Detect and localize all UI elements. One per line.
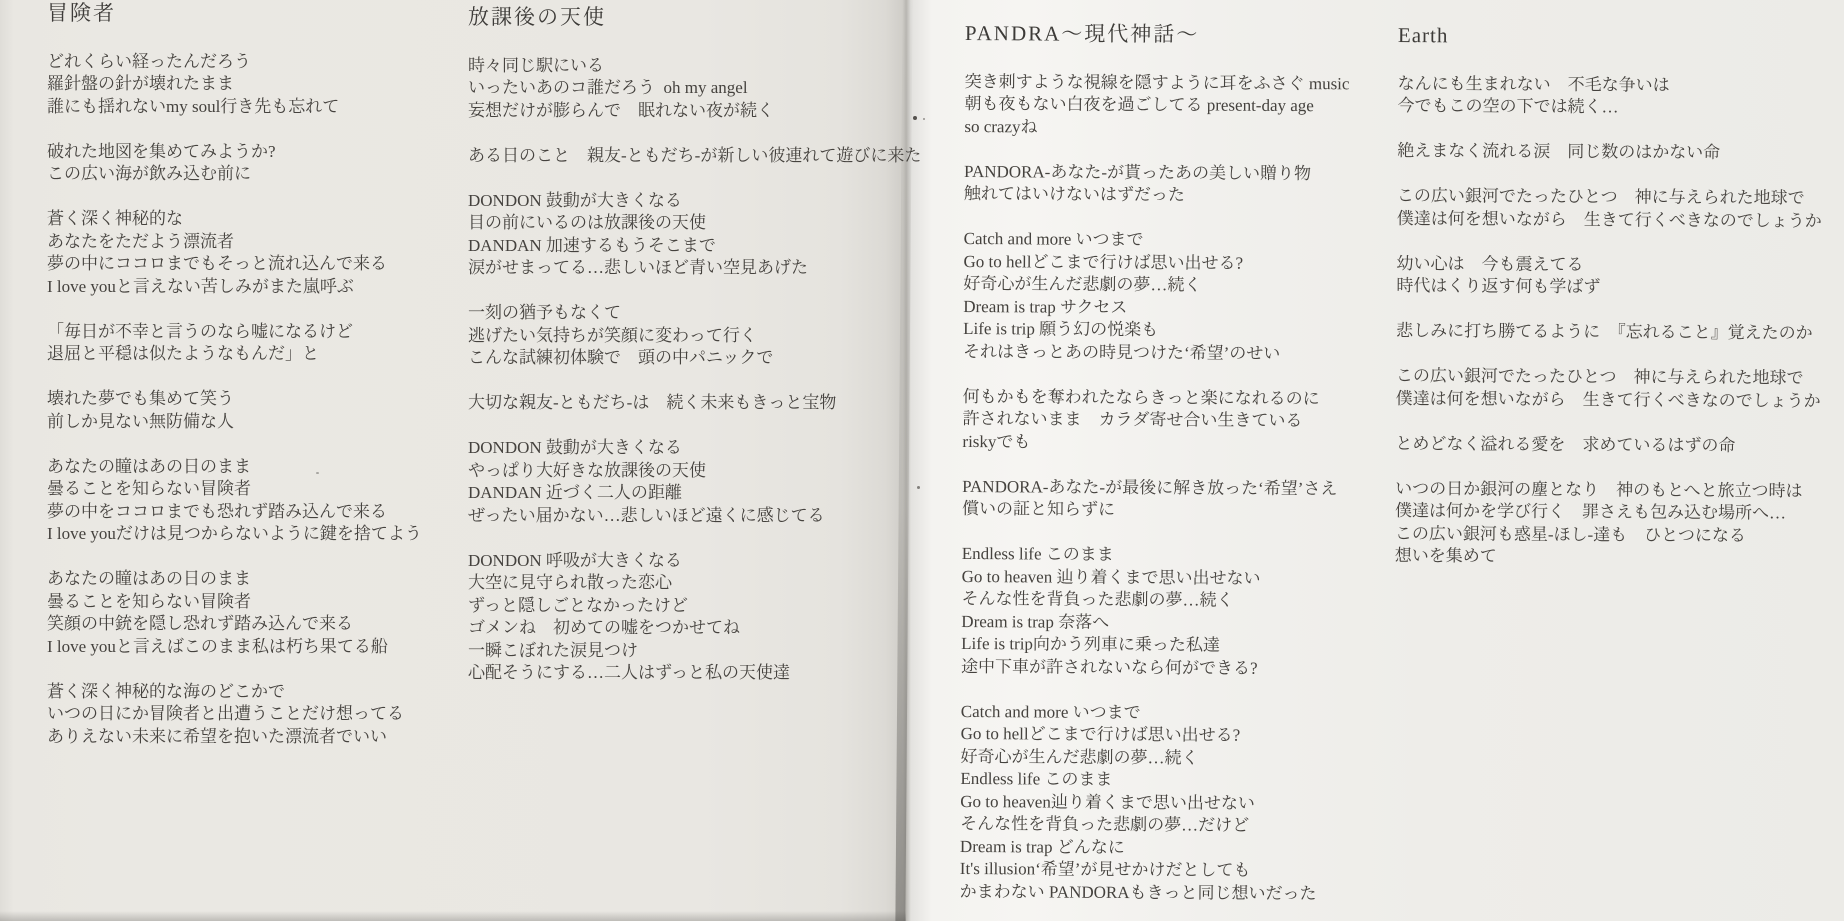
lyric-line: 許されないまま カラダ寄せ合い生きている — [963, 408, 1348, 433]
lyric-line: この広い銀河でたったひとつ 神に与えられた地球で — [1397, 185, 1822, 210]
lyric-line: 心配そうにする…二人はずっと私の天使達 — [468, 662, 921, 685]
lyric-line: ありえない未来に希望を抱いた漂流者でいい — [47, 726, 422, 749]
lyric-line: 一瞬こぼれた涙見つけ — [468, 640, 921, 663]
stanza: Endless life このままGo to heaven 辿り着くまで思い出せ… — [961, 543, 1347, 680]
lyric-line: 好奇心が生んだ悲劇の夢…続く — [960, 745, 1345, 770]
song-title: PANDRA～現代神話～ — [965, 22, 1350, 47]
song-column-pandra: PANDRA～現代神話～突き刺すような視線を隠すように耳をふさぐ music朝も… — [960, 22, 1350, 905]
lyric-line: 蒼く深く神秘的な海のどこかで — [47, 681, 422, 704]
lyric-line: 曇ることを知らない冒険者 — [47, 591, 422, 614]
song-column-earth: Earthなんにも生まれない 不毛な争いは今でもこの空の下では続く…絶えまなく流… — [1395, 24, 1823, 570]
lyric-line: 朝も夜もない白夜を過ごしてる present-day age — [964, 93, 1349, 118]
lyric-line: 途中下車が許されないなら何ができる? — [961, 655, 1346, 680]
stanza: 時々同じ駅にいるいったいあのコ誰だろう oh my angel妄想だけが膨らんで… — [468, 55, 921, 123]
lyric-line: 退屈と平穏は似たようなもんだ」と — [47, 343, 422, 366]
lyrics-booklet-scan: 冒険者どれくらい経ったんだろう羅針盤の針が壊れたまま誰にも揺れないmy soul… — [0, 0, 1844, 921]
song-title: 放課後の天使 — [468, 6, 921, 29]
stanza: 一刻の猶予もなくて逃げたい気持ちが笑顔に変わって行くこんな試練初体験で 頭の中パ… — [468, 302, 921, 370]
lyric-line: 笑顔の中銃を隠し恐れず踏み込んで来る — [47, 613, 422, 636]
lyric-line: 僕達は何かを学び行く 罪さえも包み込む場所へ… — [1395, 500, 1820, 525]
lyric-line: 前しか見ない無防備な人 — [47, 411, 422, 434]
lyric-line: so crazyね — [964, 115, 1349, 140]
lyric-line: 壊れた夢でも集めて笑う — [47, 388, 422, 411]
lyric-line: かまわない PANDORAもきっと同じ想いだった — [960, 880, 1345, 905]
lyric-line: 大空に見守られ散った恋心 — [468, 572, 921, 595]
lyric-line: ぜったい届かない…悲しいほど遠くに感じてる — [468, 505, 921, 528]
lyric-line: 悲しみに打ち勝てるように 『忘れること』覚えたのか — [1396, 320, 1821, 345]
lyric-line: 触れてはいけないはずだった — [964, 183, 1349, 208]
song-column-boukensha: 冒険者どれくらい経ったんだろう羅針盤の針が壊れたまま誰にも揺れないmy soul… — [47, 2, 422, 748]
lyric-line: PANDORA-あなた-が最後に解き放った‘希望’さえ — [962, 475, 1347, 500]
lyric-line: 幼い心は 今も震えてる — [1396, 252, 1821, 277]
stanza: とめどなく溢れる愛を 求めているはずの命 — [1395, 432, 1820, 457]
lyric-line: ずっと隠しごとなかったけど — [468, 595, 921, 618]
lyric-line: そんな性を背負った悲劇の夢…だけど — [960, 813, 1345, 838]
lyric-line: DONDON 鼓動が大きくなる — [468, 437, 921, 460]
lyric-line: どれくらい経ったんだろう — [47, 51, 422, 74]
lyric-line: riskyでも — [962, 430, 1347, 455]
stanza: いつの日か銀河の塵となり 神のもとへと旅立つ時は僕達は何かを学び行く 罪さえも包… — [1395, 477, 1821, 570]
lyric-line: そんな性を背負った悲劇の夢…続く — [961, 588, 1346, 613]
stanza: 壊れた夢でも集めて笑う前しか見ない無防備な人 — [47, 388, 422, 433]
lyric-line: こんな試練初体験で 頭の中パニックで — [468, 347, 921, 370]
lyric-line: 目の前にいるのは放課後の天使 — [468, 212, 921, 235]
lyric-line: I love youだけは見つからないように鍵を捨てよう — [47, 523, 422, 546]
lyric-line: 羅針盤の針が壊れたまま — [47, 73, 422, 96]
stanza: あなたの瞳はあの日のまま曇ることを知らない冒険者笑顔の中銃を隠し恐れず踏み込んで… — [47, 568, 422, 658]
lyric-line: Go to hellどこまで行けば思い出せる? — [961, 723, 1346, 748]
stanza: 大切な親友-ともだち-は 続く未来もきっと宝物 — [468, 392, 921, 415]
lyric-line: なんにも生まれない 不毛な争いは — [1398, 72, 1823, 97]
lyric-line: Go to heaven辿り着くまで思い出せない — [960, 790, 1345, 815]
lyric-line: Endless life このまま — [960, 768, 1345, 793]
lyric-line: ある日のこと 親友-ともだち-が新しい彼連れて遊びに来た — [468, 145, 921, 168]
stanza: 蒼く深く神秘的な海のどこかでいつの日にか冒険者と出遭うことだけ想ってるありえない… — [47, 681, 422, 749]
stanza: DONDON 鼓動が大きくなる目の前にいるのは放課後の天使DANDAN 加速する… — [468, 190, 921, 280]
lyric-line: この広い銀河も惑星-ほし-達も ひとつになる — [1395, 522, 1820, 547]
lyric-line: あなたの瞳はあの日のまま — [47, 568, 422, 591]
stanza: 悲しみに打ち勝てるように 『忘れること』覚えたのか — [1396, 320, 1821, 345]
lyric-line: 逃げたい気持ちが笑顔に変わって行く — [468, 325, 921, 348]
lyric-line: いつの日にか冒険者と出遭うことだけ想ってる — [47, 703, 422, 726]
lyric-line: 僕達は何を想いながら 生きて行くべきなのでしょうか — [1397, 207, 1822, 232]
lyric-line: 夢の中をココロまでも恐れず踏み込んで来る — [47, 501, 422, 524]
lyric-line: DANDAN 加速するもうそこまで — [468, 235, 921, 258]
song-title: 冒険者 — [47, 2, 422, 25]
lyric-line: 何もかもを奪われたならきっと楽になれるのに — [963, 385, 1348, 410]
lyric-line: 突き刺すような視線を隠すように耳をふさぐ music — [965, 70, 1350, 95]
stanza: 「毎日が不幸と言うのなら嘘になるけど退屈と平穏は似たようなもんだ」と — [47, 321, 422, 366]
lyric-line: やっぱり大好きな放課後の天使 — [468, 460, 921, 483]
lyric-line: Dream is trap 奈落へ — [961, 610, 1346, 635]
stanza: この広い銀河でたったひとつ 神に与えられた地球で僕達は何を想いながら 生きて行く… — [1397, 185, 1822, 233]
lyric-line: この広い海が飲み込む前に — [47, 163, 422, 186]
lyric-line: 曇ることを知らない冒険者 — [47, 478, 422, 501]
lyric-line: 償いの証と知らずに — [962, 498, 1347, 523]
stanza: 突き刺すような視線を隠すように耳をふさぐ music朝も夜もない白夜を過ごしてる… — [964, 70, 1349, 140]
stanza: PANDORA-あなた-が貰ったあの美しい贈り物触れてはいけないはずだった — [964, 160, 1349, 207]
stanza: 破れた地図を集めてみようか?この広い海が飲み込む前に — [47, 141, 422, 186]
stanza: Catch and more いつまでGo to hellどこまで行けば思い出せ… — [963, 228, 1349, 365]
lyric-line: この広い銀河でたったひとつ 神に与えられた地球で — [1396, 365, 1821, 390]
lyric-line: Dream is trap サクセス — [963, 295, 1348, 320]
lyric-line: 一刻の猶予もなくて — [468, 302, 921, 325]
lyric-line: あなたをただよう漂流者 — [47, 231, 422, 254]
lyric-line: 涙がせまってる…悲しいほど青い空見あげた — [468, 257, 921, 280]
lyric-line: 誰にも揺れないmy soul行き先も忘れて — [47, 96, 422, 119]
lyric-line: DONDON 鼓動が大きくなる — [468, 190, 921, 213]
stanza: この広い銀河でたったひとつ 神に与えられた地球で僕達は何を想いながら 生きて行く… — [1396, 365, 1821, 413]
lyric-line: 想いを集めて — [1395, 545, 1820, 570]
song-column-houkago-no-tenshi: 放課後の天使時々同じ駅にいるいったいあのコ誰だろう oh my angel妄想だ… — [468, 6, 921, 685]
stanza: DONDON 鼓動が大きくなるやっぱり大好きな放課後の天使DANDAN 近づく二… — [468, 437, 921, 527]
lyric-line: I love youと言えばこのまま私は朽ち果てる船 — [47, 636, 422, 659]
lyric-line: ゴメンね 初めての嘘をつかせてね — [468, 617, 921, 640]
lyric-line: DANDAN 近づく二人の距離 — [468, 482, 921, 505]
lyric-line: Endless life このまま — [962, 543, 1347, 568]
lyric-line: 時々同じ駅にいる — [468, 55, 921, 78]
lyric-line: 夢の中にココロまでもそっと流れ込んで来る — [47, 253, 422, 276]
lyric-line: 好奇心が生んだ悲劇の夢…続く — [963, 273, 1348, 298]
lyric-line: それはきっとあの時見つけた‘希望’のせい — [963, 340, 1348, 365]
lyric-line: 絶えまなく流れる涙 同じ数のはかない命 — [1397, 140, 1822, 165]
scan-edge-shadow — [0, 911, 906, 921]
lyric-line: 時代はくり返す何も学ばず — [1396, 275, 1821, 300]
stanza: DONDON 呼吸が大きくなる大空に見守られ散った恋心ずっと隠しごとなかったけど… — [468, 550, 921, 685]
stanza: PANDORA-あなた-が最後に解き放った‘希望’さえ償いの証と知らずに — [962, 475, 1347, 522]
lyric-line: Catch and more いつまで — [961, 700, 1346, 725]
song-title: Earth — [1398, 24, 1823, 49]
stanza: 何もかもを奪われたならきっと楽になれるのに許されないまま カラダ寄せ合い生きてい… — [962, 385, 1347, 455]
lyric-line: It's illusion‘希望’が見せかけだとしても — [960, 858, 1345, 883]
stanza: どれくらい経ったんだろう羅針盤の針が壊れたまま誰にも揺れないmy soul行き先… — [47, 51, 422, 119]
lyric-line: いったいあのコ誰だろう oh my angel — [468, 77, 921, 100]
lyric-line: Go to heaven 辿り着くまで思い出せない — [962, 565, 1347, 590]
lyric-line: Catch and more いつまで — [964, 228, 1349, 253]
lyric-line: 妄想だけが膨らんで 眠れない夜が続く — [468, 100, 921, 123]
stanza: 蒼く深く神秘的なあなたをただよう漂流者夢の中にココロまでもそっと流れ込んで来るI… — [47, 208, 422, 298]
lyric-line: とめどなく溢れる愛を 求めているはずの命 — [1395, 432, 1820, 457]
lyric-line: いつの日か銀河の塵となり 神のもとへと旅立つ時は — [1395, 477, 1820, 502]
lyric-line: 大切な親友-ともだち-は 続く未来もきっと宝物 — [468, 392, 921, 415]
stanza: 絶えまなく流れる涙 同じ数のはかない命 — [1397, 140, 1822, 165]
lyric-line: 破れた地図を集めてみようか? — [47, 141, 422, 164]
lyric-line: あなたの瞳はあの日のまま — [47, 456, 422, 479]
lyric-line: 蒼く深く神秘的な — [47, 208, 422, 231]
lyric-line: Life is trip向かう列車に乗った私達 — [961, 633, 1346, 658]
lyric-line: Life is trip 願う幻の悦楽も — [963, 318, 1348, 343]
lyric-line: DONDON 呼吸が大きくなる — [468, 550, 921, 573]
stanza: ある日のこと 親友-ともだち-が新しい彼連れて遊びに来た — [468, 145, 921, 168]
lyric-line: I love youと言えない苦しみがまた嵐呼ぶ — [47, 276, 422, 299]
stanza: 幼い心は 今も震えてる時代はくり返す何も学ばず — [1396, 252, 1821, 300]
lyric-line: PANDORA-あなた-が貰ったあの美しい贈り物 — [964, 160, 1349, 185]
lyric-line: Dream is trap どんなに — [960, 835, 1345, 860]
lyric-line: Go to hellどこまで行けば思い出せる? — [963, 250, 1348, 275]
stanza: なんにも生まれない 不毛な争いは今でもこの空の下では続く… — [1397, 72, 1822, 120]
lyric-line: 僕達は何を想いながら 生きて行くべきなのでしょうか — [1396, 387, 1821, 412]
stanza: Catch and more いつまでGo to hellどこまで行けば思い出せ… — [960, 700, 1346, 905]
lyric-line: 「毎日が不幸と言うのなら嘘になるけど — [47, 321, 422, 344]
lyric-line: 今でもこの空の下では続く… — [1397, 95, 1822, 120]
stanza: あなたの瞳はあの日のまま曇ることを知らない冒険者夢の中をココロまでも恐れず踏み込… — [47, 456, 422, 546]
